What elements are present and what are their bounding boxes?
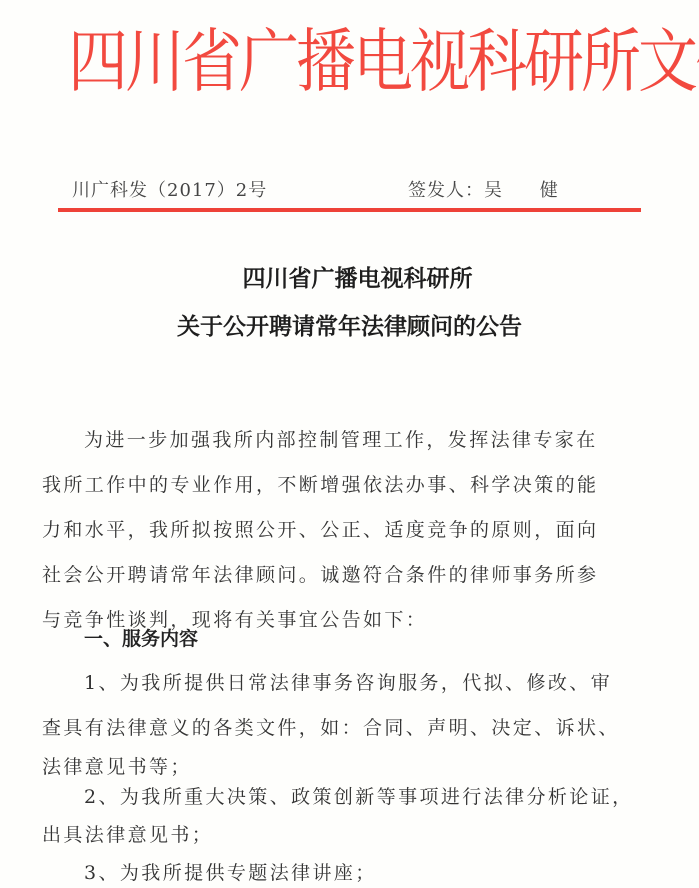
document-page: 四川省广播电视科研所文件 川广科发（2017）2号 签发人：吴 健 四川省广播电…: [0, 0, 699, 888]
paragraph-line: 为进一步加强我所内部控制管理工作，发挥法律专家在: [84, 425, 644, 452]
paragraph-line: 社会公开聘请常年法律顾问。诚邀符合条件的律师事务所参: [42, 560, 602, 587]
list-item-line: 法律意见书等；: [42, 752, 602, 779]
list-item-line: 2、为我所重大决策、政策创新等事项进行法律分析论证，: [84, 782, 644, 809]
list-item-line: 出具法律意见书；: [42, 820, 602, 847]
signer-label: 签发人：: [408, 180, 484, 201]
document-title-line-2: 关于公开聘请常年法律顾问的公告: [0, 308, 699, 341]
red-letterhead-title: 四川省广播电视科研所文件: [68, 11, 638, 112]
signer: 签发人：吴 健: [408, 176, 574, 202]
list-item-line: 查具有法律意义的各类文件，如：合同、声明、决定、诉状、: [42, 713, 602, 740]
document-number: 川广科发（2017）2号: [72, 176, 267, 202]
paragraph-line: 我所工作中的专业作用，不断增强依法办事、科学决策的能: [42, 470, 602, 497]
document-meta-row: 川广科发（2017）2号 签发人：吴 健: [0, 172, 699, 202]
paragraph-line: 力和水平，我所拟按照公开、公正、适度竞争的原则，面向: [42, 515, 602, 542]
section-heading-service-content: 一、服务内容: [84, 624, 198, 651]
signer-name: 吴 健: [484, 180, 574, 201]
document-title-line-1: 四川省广播电视科研所: [8, 260, 699, 293]
red-divider-line: [58, 208, 641, 212]
list-item-line: 3、为我所提供专题法律讲座；: [84, 858, 644, 885]
list-item-line: 1、为我所提供日常法律事务咨询服务，代拟、修改、审: [84, 668, 644, 695]
